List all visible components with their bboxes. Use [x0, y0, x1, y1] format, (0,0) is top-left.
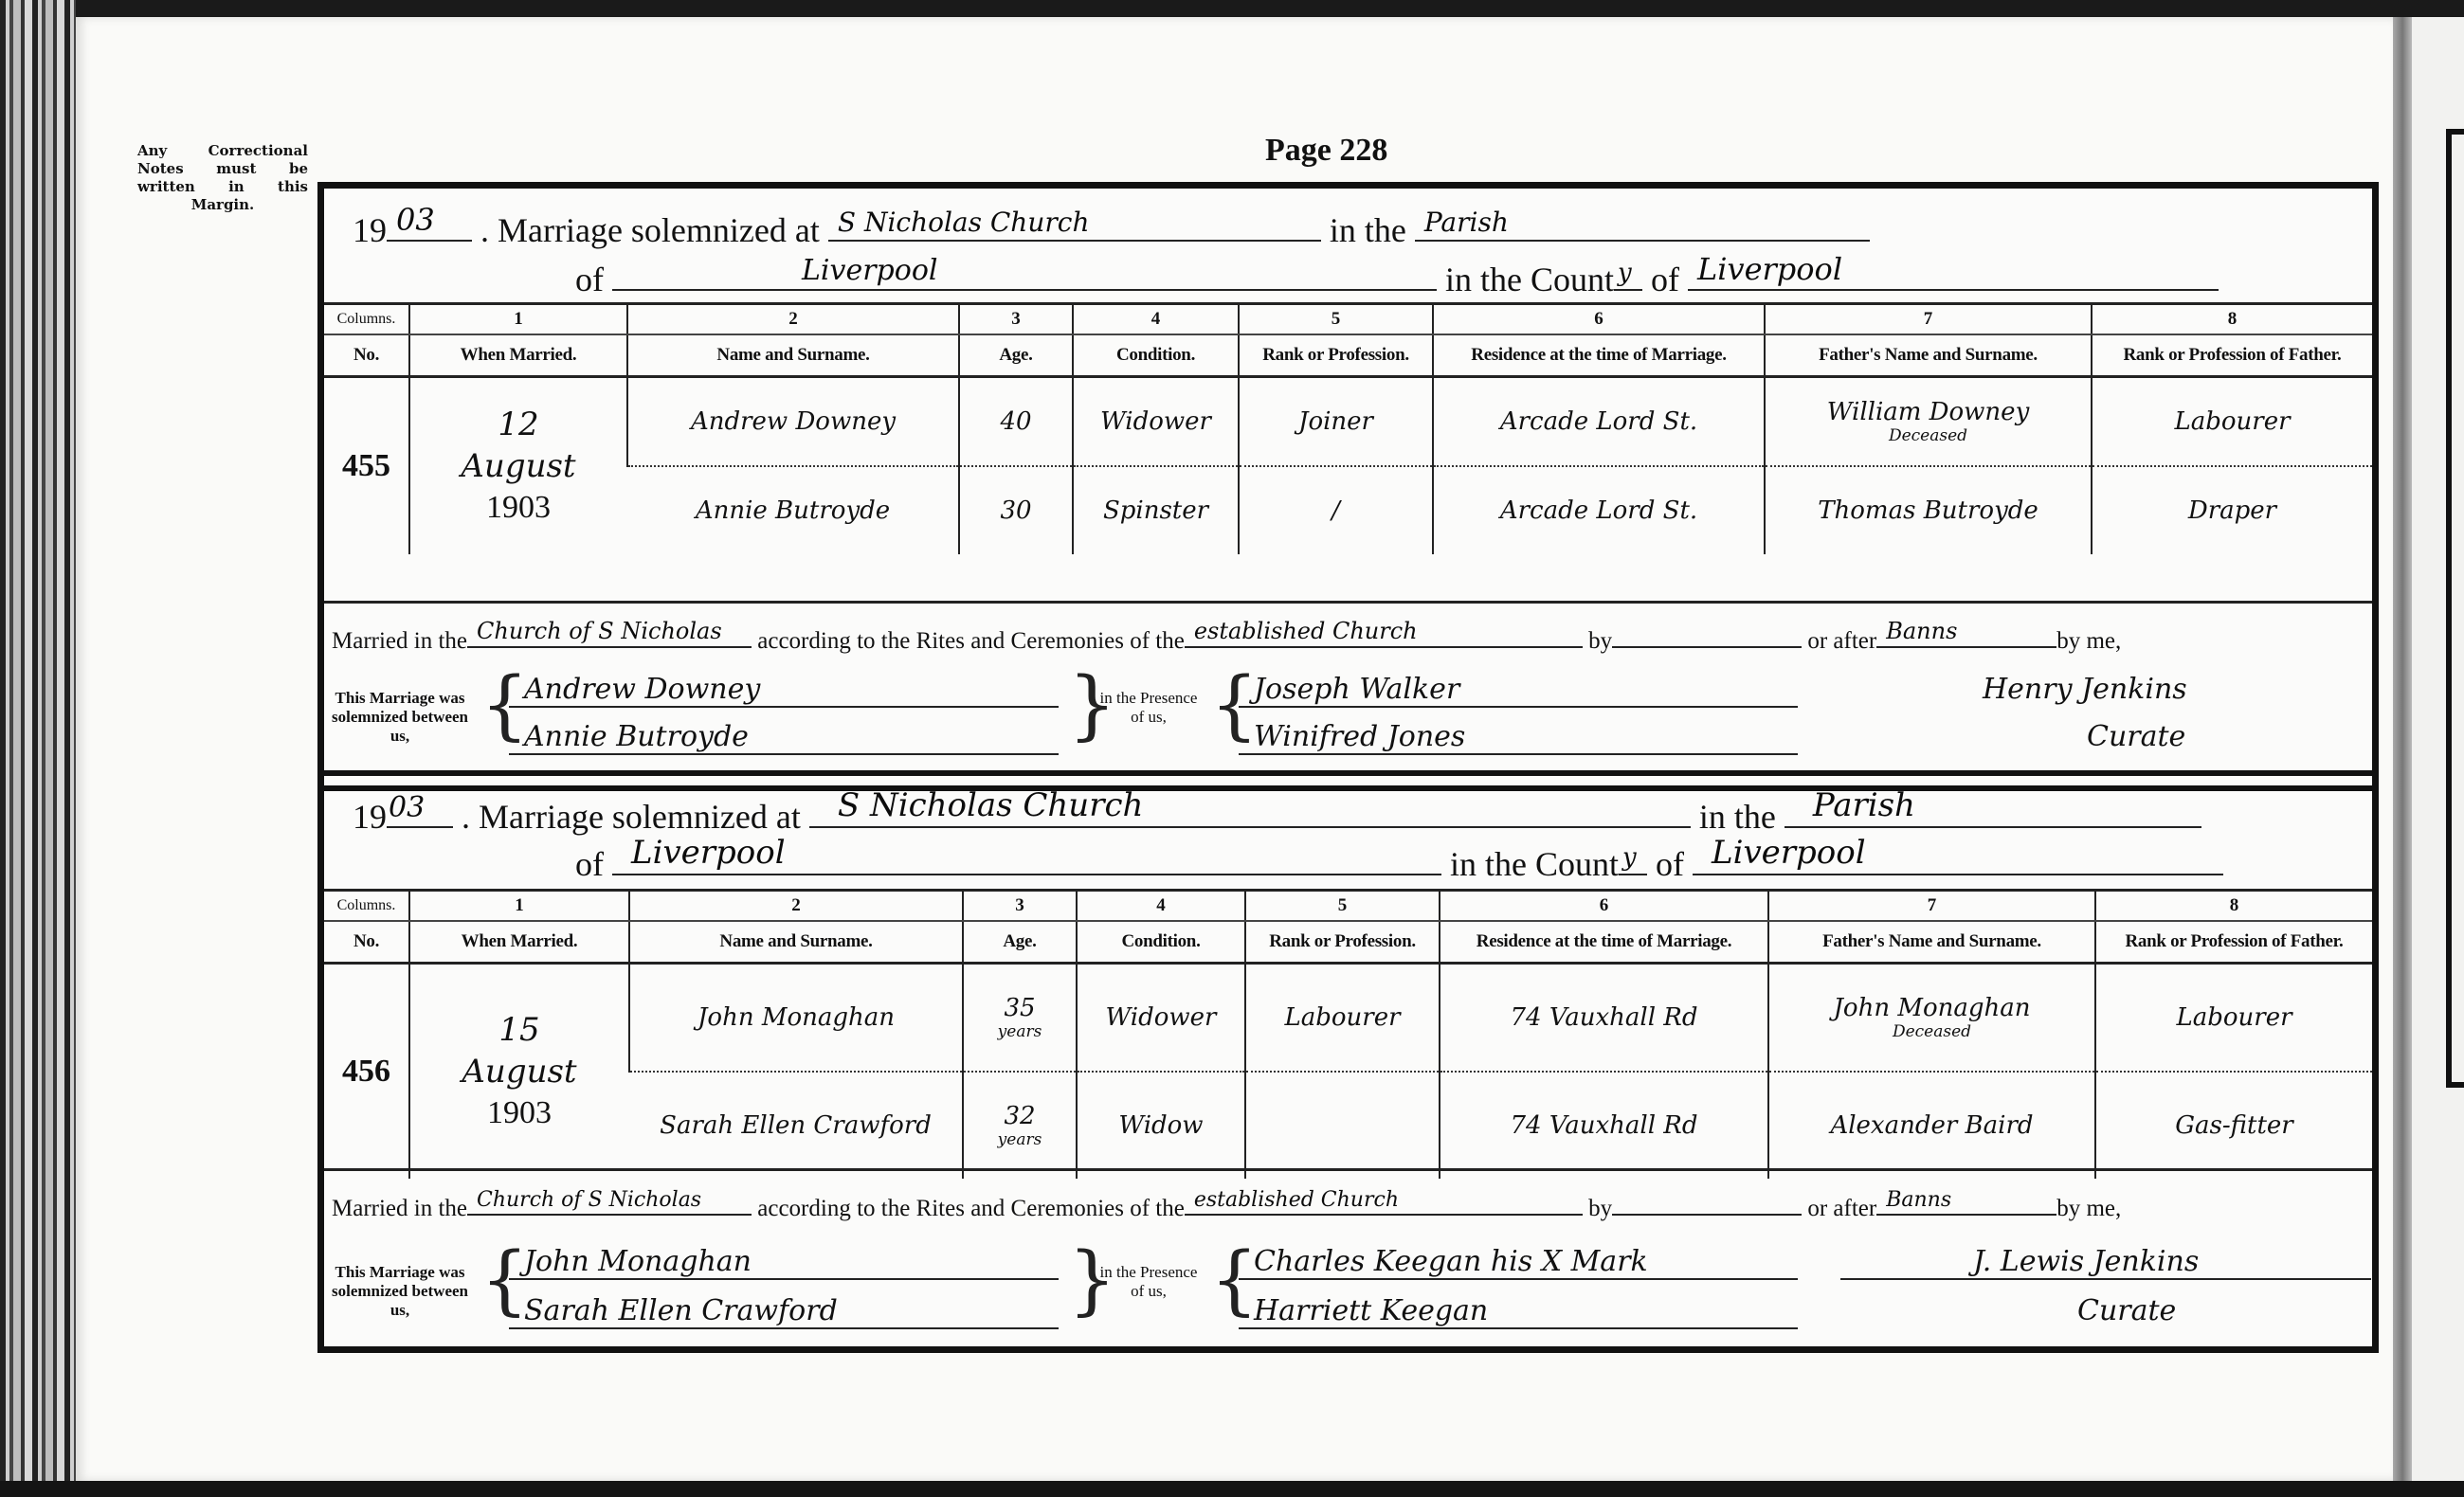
groom-signature-line: Andrew Downey	[509, 672, 1059, 708]
in-presence-label: in the Presence of us,	[1096, 689, 1201, 727]
column-number: 4	[1073, 304, 1239, 335]
header-rank: Rank or Profession.	[1239, 334, 1433, 377]
column-header-row: No. When Married. Name and Surname. Age.…	[324, 921, 2372, 964]
column-number: 7	[1768, 891, 2095, 922]
officiant-signature: J. Lewis Jenkins	[1973, 1245, 2199, 1278]
witness-2-signature: Winifred Jones	[1254, 720, 1465, 753]
year-field: 03	[387, 207, 472, 242]
columns-label: Columns.	[324, 304, 409, 335]
header-age: Age.	[963, 921, 1077, 964]
of-label: of	[575, 845, 604, 883]
witness-1-signature: Charles Keegan his X Mark	[1254, 1245, 1648, 1278]
according-label: according to the Rites and Ceremonies of…	[757, 628, 1185, 654]
groom-father-name: John Monaghan	[1834, 994, 2031, 1022]
rites-field: established Church	[1185, 620, 1583, 648]
header-residence: Residence at the time of Marriage.	[1433, 334, 1765, 377]
place-value: Liverpool	[631, 834, 786, 872]
parish-value: Parish	[1424, 207, 1509, 238]
bride-residence: 74 Vauxhall Rd	[1440, 1072, 1768, 1179]
marriage-entry-455: 1903 . Marriage solemnized at S Nicholas…	[324, 189, 2372, 772]
marriage-day: 12	[410, 404, 626, 445]
county-suffix-field: y	[1619, 841, 1647, 875]
groom-signature: John Monaghan	[524, 1245, 752, 1278]
rites-value: established Church	[1194, 618, 1418, 644]
bride-father-name: Alexander Baird	[1768, 1072, 2095, 1179]
column-number: 3	[959, 304, 1073, 335]
by-field	[1612, 1187, 1802, 1216]
married-in-line: Married in theChurch of S Nicholas accor…	[332, 1187, 2121, 1222]
county-value: Liverpool	[1697, 251, 1842, 287]
bride-row: Sarah Ellen Crawford 32years Widow 74 Va…	[324, 1072, 2372, 1179]
column-number: 2	[627, 304, 959, 335]
married-in-field: Church of S Nicholas	[467, 1187, 752, 1216]
bride-father-name: Thomas Butroyde	[1765, 466, 2092, 554]
entry-header-line-1: 1903 . Marriage solemnized at S Nicholas…	[353, 207, 1870, 250]
marriage-day: 15	[410, 1009, 628, 1051]
adjacent-page	[2412, 17, 2464, 1481]
county-field: Liverpool	[1693, 841, 2223, 875]
header-no: No.	[324, 921, 409, 964]
groom-age-value: 35	[1004, 994, 1035, 1022]
header-rank: Rank or Profession.	[1245, 921, 1440, 964]
groom-father-note: Deceased	[1766, 426, 2091, 445]
officiant-line: J. Lewis Jenkins	[1840, 1244, 2371, 1280]
in-the-label: in the	[1699, 798, 1776, 836]
entry-header-line-2: of Liverpool in the County of Liverpool	[575, 257, 2219, 299]
header-residence: Residence at the time of Marriage.	[1440, 921, 1768, 964]
church-field: S Nicholas Church	[809, 794, 1691, 828]
solemnized-at-label: . Marriage solemnized at	[480, 211, 820, 249]
header-name: Name and Surname.	[629, 921, 963, 964]
or-after-value: Banns	[1886, 1188, 1951, 1212]
county-value: Liverpool	[1712, 834, 1866, 872]
columns-label: Columns.	[324, 891, 409, 922]
county-label: in the Count	[1450, 845, 1619, 883]
scan-top-edge	[0, 0, 2464, 17]
groom-father-name: William Downey	[1827, 398, 2030, 426]
groom-rank: Joiner	[1239, 377, 1433, 467]
groom-rank: Labourer	[1245, 964, 1440, 1073]
witness-2-line: Harriett Keegan	[1239, 1293, 1798, 1329]
column-number-row: Columns. 1 2 3 4 5 6 7 8	[324, 891, 2372, 922]
column-number: 6	[1440, 891, 1768, 922]
table-bottom-rule	[324, 601, 2372, 604]
officiant-signature: Henry Jenkins	[1983, 673, 2187, 706]
groom-row: 456 15 August 1903 John Monaghan 35years…	[324, 964, 2372, 1073]
header-when-married: When Married.	[409, 921, 629, 964]
married-in-value: Church of S Nicholas	[477, 618, 722, 644]
column-number: 5	[1239, 304, 1433, 335]
groom-age-note: years	[964, 1022, 1076, 1041]
groom-father-rank: Labourer	[2095, 964, 2372, 1073]
header-father-name: Father's Name and Surname.	[1765, 334, 2092, 377]
bride-age: 30	[959, 466, 1073, 554]
scan-bottom-edge	[0, 1481, 2464, 1497]
header-name: Name and Surname.	[627, 334, 959, 377]
column-header-row: No. When Married. Name and Surname. Age.…	[324, 334, 2372, 377]
year-suffix: 03	[396, 202, 435, 238]
in-presence-label: in the Presence of us,	[1096, 1263, 1201, 1301]
entry-header-line-2: of Liverpool in the County of Liverpool	[575, 841, 2223, 884]
officiant-line: Henry Jenkins	[1840, 672, 2371, 706]
county-suffix-field: y	[1614, 257, 1642, 291]
entry-table: Columns. 1 2 3 4 5 6 7 8 No. When Marrie…	[324, 302, 2372, 554]
groom-condition: Widower	[1077, 964, 1245, 1073]
entry-table: Columns. 1 2 3 4 5 6 7 8 No. When Marrie…	[324, 889, 2372, 1179]
year-suffix: 03	[389, 791, 425, 824]
groom-name: Andrew Downey	[627, 377, 959, 467]
place-field: Liverpool	[612, 257, 1437, 291]
column-number: 8	[2092, 304, 2372, 335]
column-number: 3	[963, 891, 1077, 922]
column-number: 5	[1245, 891, 1440, 922]
entry-number: 455	[324, 377, 409, 555]
groom-father: John MonaghanDeceased	[1768, 964, 2095, 1073]
book-binding	[0, 0, 76, 1497]
or-after-label: or after	[1807, 628, 1876, 654]
according-label: according to the Rites and Ceremonies of…	[757, 1196, 1185, 1221]
by-label: by	[1588, 628, 1612, 654]
header-father-rank: Rank or Profession of Father.	[2095, 921, 2372, 964]
place-field: Liverpool	[612, 841, 1441, 875]
witness-1-line: Joseph Walker	[1239, 672, 1798, 708]
bride-rank	[1245, 1072, 1440, 1179]
parish-field: Parish	[1785, 794, 2201, 828]
officiant-title: Curate	[2077, 1294, 2176, 1327]
county-of-label: of	[1651, 261, 1679, 298]
bride-age: 32years	[963, 1072, 1077, 1179]
marriage-year: 1903	[410, 487, 626, 529]
solemnized-between-label: This Marriage was solemnized between us,	[324, 1263, 476, 1320]
solemnized-between-label: This Marriage was solemnized between us,	[324, 689, 476, 746]
bride-residence: Arcade Lord St.	[1433, 466, 1765, 554]
by-me-label: by me,	[2056, 628, 2121, 654]
when-married: 15 August 1903	[409, 964, 629, 1180]
witness-2-line: Winifred Jones	[1239, 719, 1798, 755]
marriage-year: 1903	[410, 1092, 628, 1134]
officiant-title: Curate	[2087, 720, 2185, 753]
married-in-value: Church of S Nicholas	[477, 1188, 701, 1212]
header-condition: Condition.	[1077, 921, 1245, 964]
parish-field: Parish	[1415, 207, 1870, 242]
groom-age: 40	[959, 377, 1073, 467]
by-label: by	[1588, 1196, 1612, 1221]
officiant-title-line: Curate	[1840, 719, 2371, 753]
bride-age-note: years	[964, 1130, 1076, 1149]
in-the-label: in the	[1330, 211, 1406, 249]
married-in-line: Married in theChurch of S Nicholas accor…	[332, 620, 2121, 655]
groom-condition: Widower	[1073, 377, 1239, 467]
groom-row: 455 12 August 1903 Andrew Downey 40 Wido…	[324, 377, 2372, 467]
column-number-row: Columns. 1 2 3 4 5 6 7 8	[324, 304, 2372, 335]
year-field: 03	[387, 794, 453, 828]
by-me-label: by me,	[2056, 1196, 2121, 1221]
when-married: 12 August 1903	[409, 377, 627, 555]
year-prefix: 19	[353, 798, 387, 836]
solemnized-at-label: . Marriage solemnized at	[462, 798, 801, 836]
bride-signature-line: Sarah Ellen Crawford	[509, 1293, 1059, 1329]
bride-row: Annie Butroyde 30 Spinster / Arcade Lord…	[324, 466, 2372, 554]
register-form: 1903 . Marriage solemnized at S Nicholas…	[317, 182, 2379, 1353]
rites-field: established Church	[1185, 1187, 1583, 1216]
bride-father-rank: Gas-fitter	[2095, 1072, 2372, 1179]
bride-signature: Annie Butroyde	[524, 720, 749, 753]
column-number: 8	[2095, 891, 2372, 922]
married-in-label: Married in the	[332, 1196, 467, 1221]
county-suffix: y	[1618, 259, 1632, 287]
groom-father-rank: Labourer	[2092, 377, 2372, 467]
bride-signature-line: Annie Butroyde	[509, 719, 1059, 755]
by-field	[1612, 620, 1802, 648]
table-bottom-rule	[324, 1168, 2372, 1171]
marriage-month: August	[410, 1051, 628, 1092]
married-in-label: Married in the	[332, 628, 467, 654]
witness-1-line: Charles Keegan his X Mark	[1239, 1244, 1798, 1280]
bride-condition: Widow	[1077, 1072, 1245, 1179]
or-after-field: Banns	[1876, 1187, 2056, 1216]
groom-residence: Arcade Lord St.	[1433, 377, 1765, 467]
place-value: Liverpool	[802, 254, 937, 287]
header-age: Age.	[959, 334, 1073, 377]
county-suffix: y	[1622, 843, 1637, 872]
bride-father-rank: Draper	[2092, 466, 2372, 554]
county-label: in the Count	[1445, 261, 1614, 298]
groom-signature-line: John Monaghan	[509, 1244, 1059, 1280]
or-after-label: or after	[1807, 1196, 1876, 1221]
groom-signature: Andrew Downey	[524, 673, 760, 706]
groom-father-note: Deceased	[1769, 1022, 2094, 1041]
church-field: S Nicholas Church	[828, 207, 1321, 242]
column-number: 4	[1077, 891, 1245, 922]
bride-rank: /	[1239, 466, 1433, 554]
bride-condition: Spinster	[1073, 466, 1239, 554]
entry-number: 456	[324, 964, 409, 1180]
entry-header-line-1: 1903 . Marriage solemnized at S Nicholas…	[353, 794, 2201, 837]
church-name: S Nicholas Church	[838, 786, 1144, 824]
header-father-rank: Rank or Profession of Father.	[2092, 334, 2372, 377]
county-field: Liverpool	[1688, 257, 2219, 291]
column-number: 6	[1433, 304, 1765, 335]
or-after-value: Banns	[1886, 618, 1957, 644]
of-label: of	[575, 261, 604, 298]
bride-age-value: 32	[1004, 1102, 1035, 1130]
witness-2-signature: Harriett Keegan	[1254, 1294, 1488, 1327]
header-no: No.	[324, 334, 409, 377]
entry-divider	[324, 770, 2372, 791]
adjacent-page-border	[2446, 129, 2464, 1088]
header-father-name: Father's Name and Surname.	[1768, 921, 2095, 964]
bride-name: Sarah Ellen Crawford	[629, 1072, 963, 1179]
or-after-field: Banns	[1876, 620, 2056, 648]
header-when-married: When Married.	[409, 334, 627, 377]
church-name: S Nicholas Church	[838, 207, 1090, 238]
column-number: 1	[409, 304, 627, 335]
rites-value: established Church	[1194, 1188, 1399, 1212]
groom-age: 35years	[963, 964, 1077, 1073]
column-number: 2	[629, 891, 963, 922]
groom-name: John Monaghan	[629, 964, 963, 1073]
header-condition: Condition.	[1073, 334, 1239, 377]
marriage-month: August	[410, 445, 626, 487]
officiant-title-line: Curate	[1840, 1293, 2371, 1327]
bride-signature: Sarah Ellen Crawford	[524, 1294, 838, 1327]
groom-residence: 74 Vauxhall Rd	[1440, 964, 1768, 1073]
book-gutter	[2393, 17, 2412, 1481]
column-number: 1	[409, 891, 629, 922]
witness-1-signature: Joseph Walker	[1254, 673, 1459, 706]
groom-father: William DowneyDeceased	[1765, 377, 2092, 467]
county-of-label: of	[1656, 845, 1684, 883]
marriage-entry-456: 1903 . Marriage solemnized at S Nicholas…	[324, 789, 2372, 1353]
year-prefix: 19	[353, 211, 387, 249]
parish-value: Parish	[1813, 786, 1915, 824]
correctional-notes-margin-label: Any Correctional Notes must be written i…	[137, 142, 308, 214]
bride-name: Annie Butroyde	[627, 466, 959, 554]
page-number: Page 228	[1265, 133, 1387, 169]
married-in-field: Church of S Nicholas	[467, 620, 752, 648]
column-number: 7	[1765, 304, 2092, 335]
